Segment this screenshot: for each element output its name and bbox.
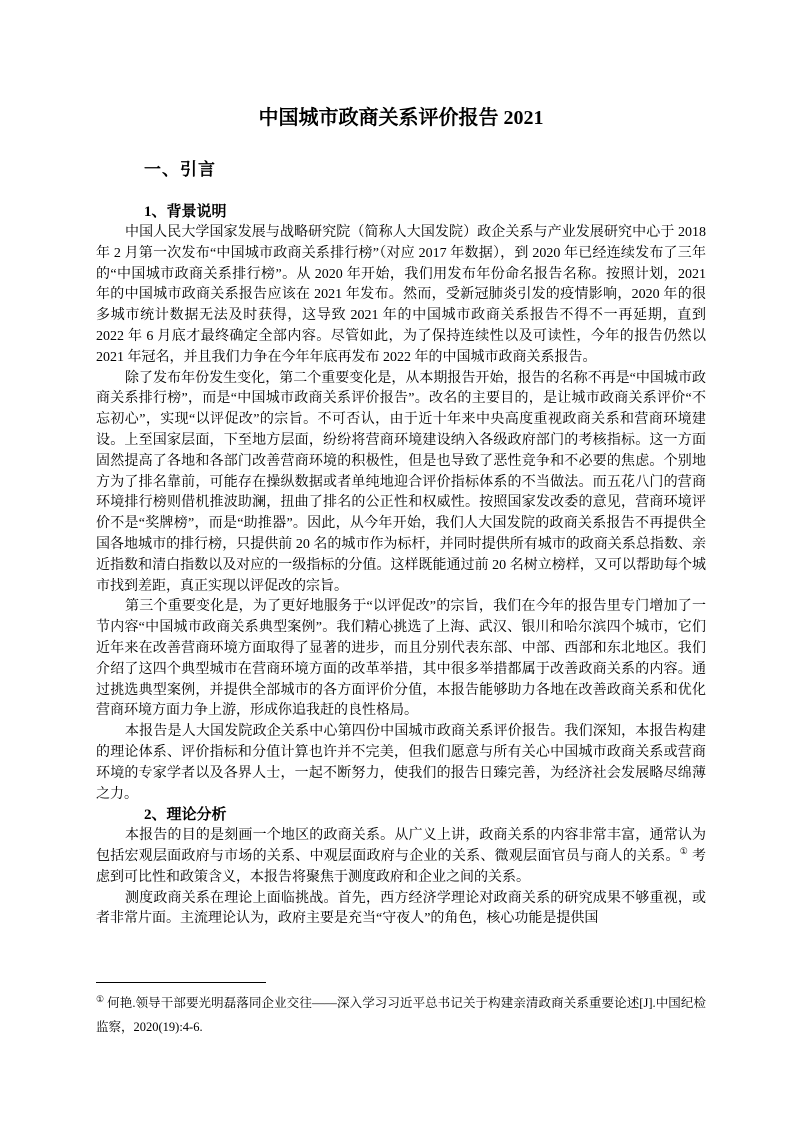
- paragraph-background-3: 第三个重要变化是，为了更好地服务于“以评促改”的宗旨，我们在今年的报告里专门增加…: [96, 597, 706, 722]
- footnote-reference-marker: ①: [680, 846, 688, 856]
- paragraph-background-2: 除了发布年份发生变化，第二个重要变化是，从本期报告开始，报告的名称不再是“中国城…: [96, 369, 706, 598]
- subsection-heading-theory: 2、理论分析: [96, 805, 706, 826]
- section-heading-introduction: 一、引言: [144, 158, 706, 182]
- subsection-heading-background: 1、背景说明: [96, 202, 706, 223]
- footnote-citation: ①何艳.领导干部要光明磊落同企业交往——深入学习习近平总书记关于构建亲清政商关系…: [96, 992, 706, 1039]
- paragraph-background-1: 中国人民大学国家发展与战略研究院（简称人大国发院）政企关系与产业发展研究中心于 …: [96, 223, 706, 369]
- paragraph-theory-2: 测度政商关系在理论上面临挑战。首先，西方经济学理论对政商关系的研究成果不够重视，…: [96, 889, 706, 931]
- footnote-citation-text: 何艳.领导干部要光明磊落同企业交往——深入学习习近平总书记关于构建亲清政商关系重…: [96, 996, 706, 1034]
- report-title: 中国城市政商关系评价报告 2021: [96, 106, 706, 130]
- paragraph-theory-1-text: 本报告的目的是刻画一个地区的政商关系。从广义上讲，政商关系的内容非常丰富，通常认…: [96, 828, 706, 864]
- footnote-separator-rule: [96, 982, 266, 983]
- footnote-area: ①何艳.领导干部要光明磊落同企业交往——深入学习习近平总书记关于构建亲清政商关系…: [96, 982, 706, 1039]
- background-section-body: 中国人民大学国家发展与战略研究院（简称人大国发院）政企关系与产业发展研究中心于 …: [96, 223, 706, 805]
- paragraph-theory-1: 本报告的目的是刻画一个地区的政商关系。从广义上讲，政商关系的内容非常丰富，通常认…: [96, 826, 706, 888]
- page-content: 中国城市政商关系评价报告 2021 一、引言 1、背景说明 中国人民大学国家发展…: [96, 0, 706, 930]
- document-page: 中国城市政商关系评价报告 2021 一、引言 1、背景说明 中国人民大学国家发展…: [0, 0, 793, 1122]
- paragraph-background-4: 本报告是人大国发院政企关系中心第四份中国城市政商关系评价报告。我们深知，本报告构…: [96, 722, 706, 805]
- theory-section-body: 本报告的目的是刻画一个地区的政商关系。从广义上讲，政商关系的内容非常丰富，通常认…: [96, 826, 706, 930]
- footnote-number-marker: ①: [96, 994, 104, 1004]
